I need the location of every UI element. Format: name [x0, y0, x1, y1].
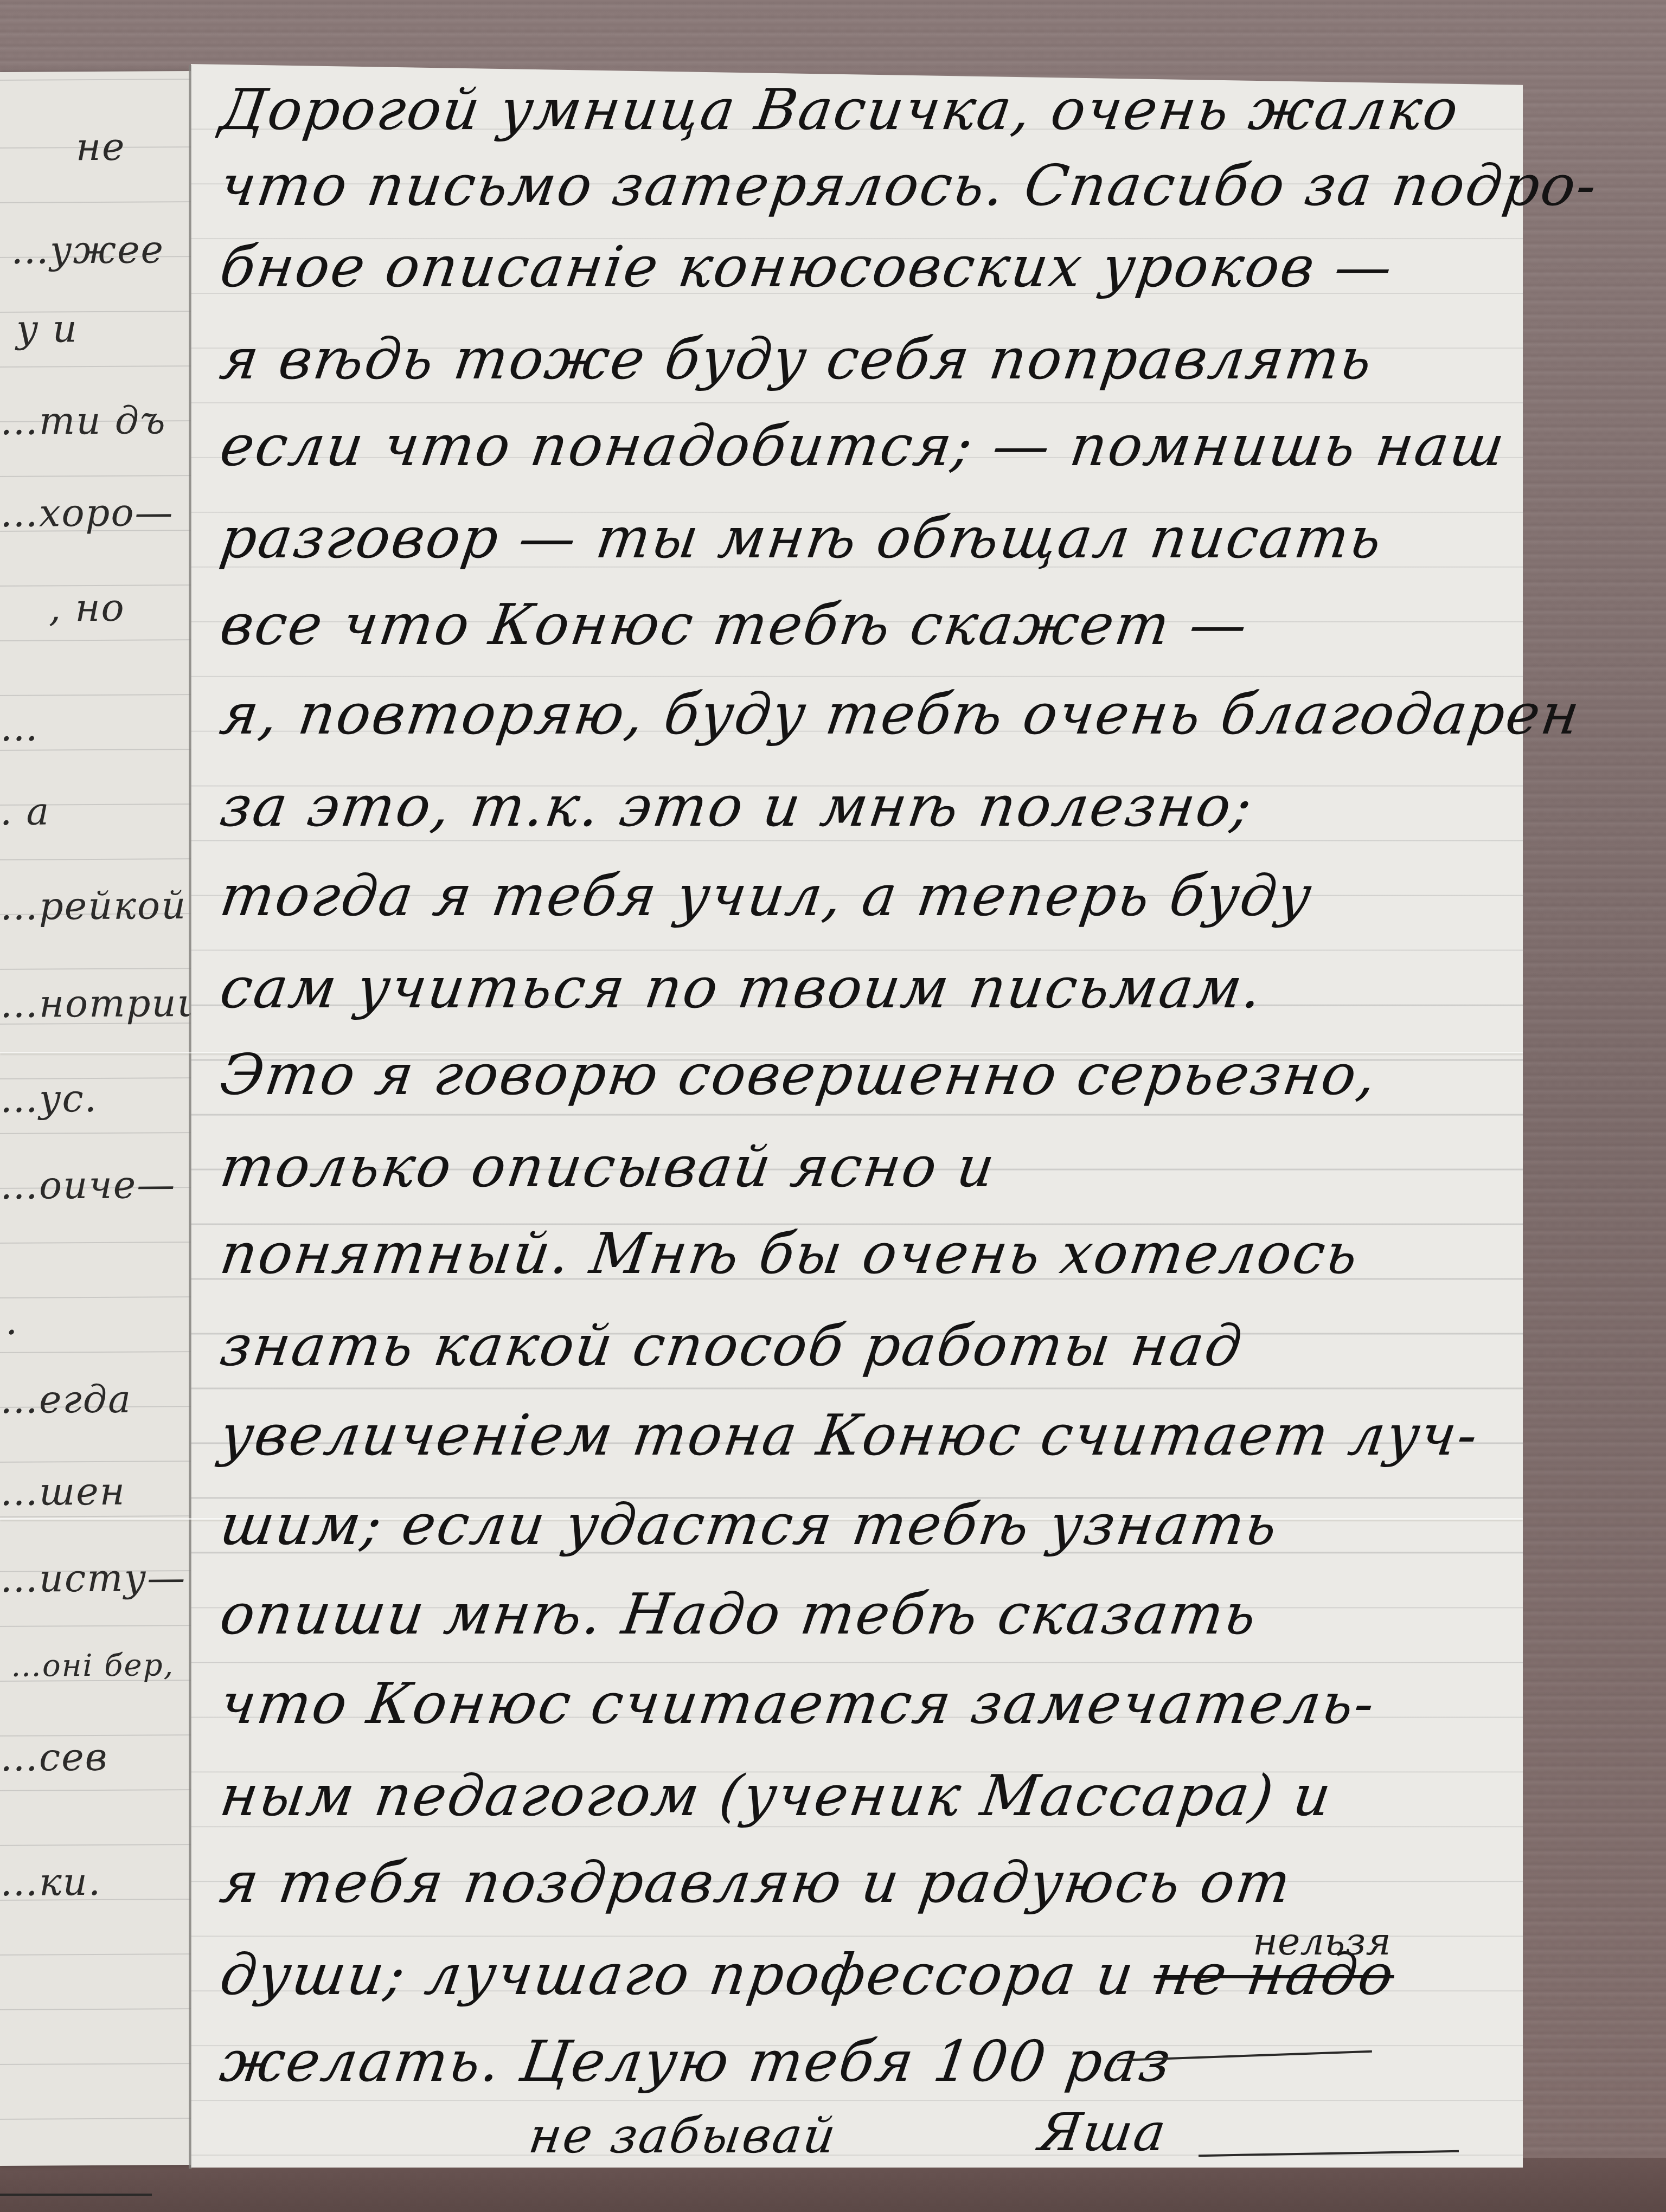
letter-line: все что Конюс тебѣ скажет — [217, 596, 1252, 653]
left-fragment: …нотрии [0, 981, 191, 1026]
center-fold [189, 65, 191, 2169]
left-page: не …ужее у и …ти дъ …хоро— , но … . а …р… [0, 71, 191, 2166]
left-fragment: …исту— [0, 1555, 186, 1601]
left-fragment: …сев [0, 1735, 108, 1780]
left-fragment: … [0, 705, 39, 750]
left-fragment: …рейкой [0, 883, 187, 929]
left-fragment: …шен [0, 1469, 126, 1514]
left-fragment: у и [16, 306, 78, 351]
letter-line: ным педагогом (ученик Массара) и [217, 1767, 1336, 1824]
left-page-text: не …ужее у и …ти дъ …хоро— , но … . а …р… [0, 71, 191, 2166]
closing-phrase: не забывай [526, 2112, 840, 2160]
letter-line: знать какой способ работы над [217, 1317, 1247, 1374]
letter-line-text: души; лучшаго профессора и [216, 1941, 1139, 2008]
left-fragment: …егда [0, 1377, 132, 1422]
inserted-correction: нельзя [1253, 1919, 1391, 1964]
letter-line: опиши мнѣ. Надо тебѣ сказать [217, 1586, 1261, 1642]
left-fragment: . а [0, 789, 50, 833]
left-fragment: …хоро— [0, 490, 174, 536]
left-fragment: …ус. [0, 1076, 98, 1121]
left-fragment: …ужее [11, 227, 164, 272]
left-fragment: …оиче— [0, 1162, 176, 1208]
letter-line: что Конюс считается замечатель- [217, 1675, 1379, 1732]
left-fragment: …оні бер, [11, 1648, 174, 1684]
letter-line: Это я говорю совершенно серьезно, [217, 1046, 1381, 1103]
letter-line: шим; если удастся тебѣ узнать [217, 1496, 1282, 1553]
left-fragment: , но [49, 586, 125, 631]
letter-line: Дорогой умница Васичка, очень жалко [217, 81, 1463, 138]
letter-line: души; лучшаго профессора и не надо [217, 1946, 1399, 2003]
left-fragment: …ти дъ [0, 398, 166, 443]
letter-line: разговор — ты мнѣ обѣщал писать [217, 510, 1387, 566]
letter-line: я, повторяю, буду тебѣ очень благодарен [217, 686, 1584, 742]
letter-line: понятный. Мнѣ бы очень хотелось [217, 1225, 1363, 1282]
letter-line: за это, т.к. это и мнѣ полезно; [217, 778, 1257, 834]
letter-line: бное описаніе конюсовских уроков — [217, 239, 1397, 295]
letter-line: только описывай ясно и [217, 1139, 999, 1195]
letter-line: если что понадобится; — помнишь наш [217, 417, 1509, 474]
left-fragment: . [5, 1299, 18, 1343]
letter-line: желать. Целую тебя 100 раз [217, 2033, 1176, 2089]
signature: Яша [1036, 2106, 1170, 2158]
left-fragment: …ки. [0, 1860, 101, 1905]
letter-line: я тебя поздравляю и радуюсь от [217, 1854, 1296, 1911]
left-page-closing-rule [0, 2194, 152, 2196]
letter-line: сам учиться по твоим письмам. [217, 960, 1267, 1016]
letter-line: что письмо затерялось. Спасибо за подро- [217, 157, 1601, 214]
left-fragment: не [76, 125, 126, 169]
letter-line: я вѣдь тоже буду себя поправлять [217, 331, 1377, 387]
letter-line: тогда я тебя учил, а теперь буду [217, 867, 1316, 924]
letter-line: увеличеніем тона Конюс считает луч- [217, 1407, 1482, 1463]
